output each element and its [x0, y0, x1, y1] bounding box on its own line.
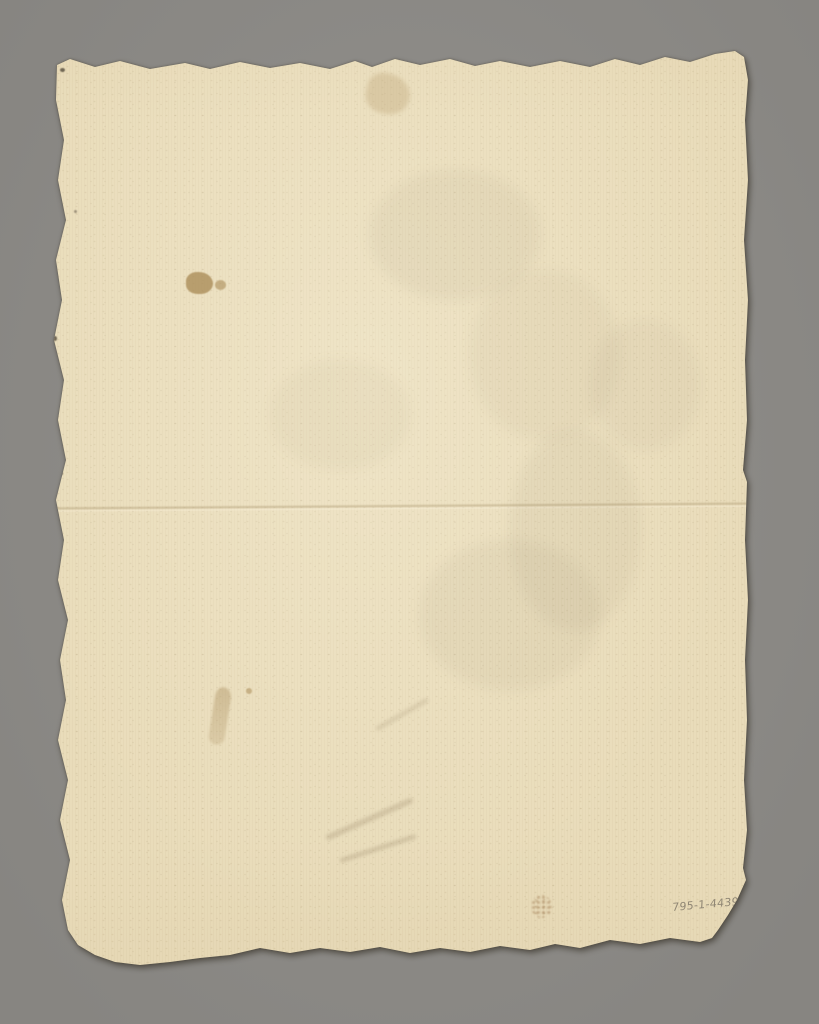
fold-crease-highlight: [57, 506, 747, 512]
vertical-stain: [208, 686, 233, 746]
collection-stamp-mark: [531, 895, 552, 918]
torn-edge-speck: [74, 210, 77, 213]
showthrough-sketch-stroke: [339, 834, 417, 863]
photo-background: 795-1-4439: [0, 0, 819, 1024]
torn-edge-speck: [53, 336, 57, 341]
torn-edge-speck: [51, 424, 55, 429]
showthrough-smudge: [470, 270, 620, 440]
torn-edge-speck: [56, 914, 59, 918]
paper-shadow: 795-1-4439: [0, 0, 819, 1024]
inventory-number-inscription: 795-1-4439: [672, 893, 762, 914]
showthrough-smudge: [420, 540, 600, 690]
fold-crease: [57, 503, 747, 510]
torn-edge-speck: [55, 523, 58, 527]
stain-spot: [186, 272, 213, 294]
showthrough-smudge: [370, 170, 540, 300]
showthrough-smudge: [590, 320, 700, 450]
showthrough-sketch-stroke: [375, 697, 429, 731]
torn-edge-speck: [60, 68, 65, 72]
showthrough-smudge: [510, 430, 640, 630]
paper-sheet: 795-1-4439: [0, 0, 819, 1024]
adhesive-residue-smudge: [362, 69, 414, 118]
torn-edge-speck: [60, 472, 63, 475]
showthrough-sketch-stroke: [325, 797, 414, 841]
stain-spot-small: [215, 280, 226, 290]
stain-dot: [246, 688, 252, 694]
showthrough-smudge: [270, 360, 410, 470]
torn-edge-speck: [58, 372, 61, 376]
